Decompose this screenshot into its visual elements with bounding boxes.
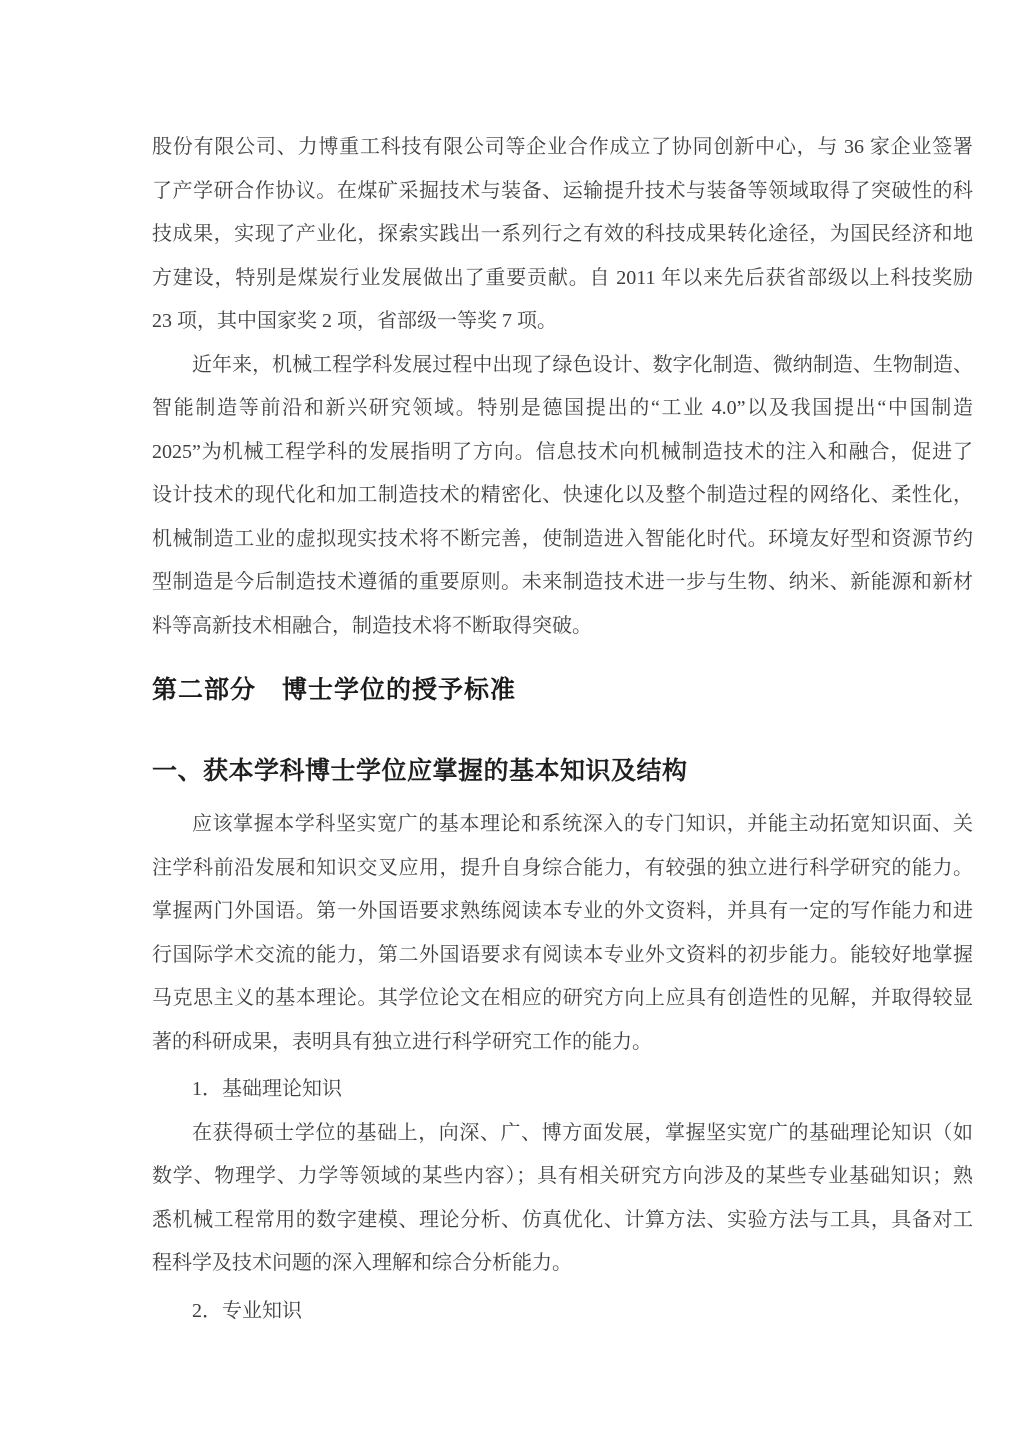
text-line: 注学科前沿发展和知识交叉应用，提升自身综合能力，有较强的独立进行科学研究的能力。 bbox=[152, 847, 973, 891]
paragraph: 在获得硕士学位的基础上，向深、广、博方面发展，掌握坚实宽广的基础理论知识（如数学… bbox=[152, 1112, 973, 1286]
text-line: 23 项，其中国家奖 2 项，省部级一等奖 7 项。 bbox=[152, 300, 973, 344]
section-heading: 一、获本学科博士学位应掌握的基本知识及结构 bbox=[152, 750, 973, 794]
text-line: 智能制造等前沿和新兴研究领域。特别是德国提出的“工业 4.0”以及我国提出“中国… bbox=[152, 387, 973, 431]
text-line: 方建设，特别是煤炭行业发展做出了重要贡献。自 2011 年以来先后获省部级以上科… bbox=[152, 257, 973, 301]
text-line: 数学、物理学、力学等领域的某些内容）；具有相关研究方向涉及的某些专业基础知识；熟 bbox=[152, 1155, 973, 1199]
text-line: 技成果，实现了产业化，探索实践出一系列行之有效的科技成果转化途径，为国民经济和地 bbox=[152, 213, 973, 257]
text-line: 设计技术的现代化和加工制造技术的精密化、快速化以及整个制造过程的网络化、柔性化， bbox=[152, 474, 973, 518]
text-line: 掌握两门外国语。第一外国语要求熟练阅读本专业的外文资料，并具有一定的写作能力和进 bbox=[152, 890, 973, 934]
text-line: 股份有限公司、力博重工科技有限公司等企业合作成立了协同创新中心，与 36 家企业… bbox=[152, 126, 973, 170]
document-content: 股份有限公司、力博重工科技有限公司等企业合作成立了协同创新中心，与 36 家企业… bbox=[152, 126, 973, 1333]
text-line: 机械制造工业的虚拟现实技术将不断完善，使制造进入智能化时代。环境友好型和资源节约 bbox=[152, 518, 973, 562]
text-line: 了产学研合作协议。在煤矿采掘技术与装备、运输提升技术与装备等领域取得了突破性的科 bbox=[152, 170, 973, 214]
text-line: 料等高新技术相融合，制造技术将不断取得突破。 bbox=[152, 605, 973, 649]
paragraph: 近年来，机械工程学科发展过程中出现了绿色设计、数字化制造、微纳制造、生物制造、智… bbox=[152, 344, 973, 649]
list-item: 2．专业知识 bbox=[152, 1290, 973, 1334]
text-line: 近年来，机械工程学科发展过程中出现了绿色设计、数字化制造、微纳制造、生物制造、 bbox=[152, 344, 973, 388]
text-line: 行国际学术交流的能力，第二外国语要求有阅读本专业外文资料的初步能力。能较好地掌握 bbox=[152, 934, 973, 978]
paragraph: 股份有限公司、力博重工科技有限公司等企业合作成立了协同创新中心，与 36 家企业… bbox=[152, 126, 973, 344]
text-line: 程科学及技术问题的深入理解和综合分析能力。 bbox=[152, 1242, 973, 1286]
paragraph: 应该掌握本学科坚实宽广的基本理论和系统深入的专门知识，并能主动拓宽知识面、关注学… bbox=[152, 803, 973, 1064]
text-line: 型制造是今后制造技术遵循的重要原则。未来制造技术进一步与生物、纳米、新能源和新材 bbox=[152, 561, 973, 605]
document-page: 股份有限公司、力博重工科技有限公司等企业合作成立了协同创新中心，与 36 家企业… bbox=[0, 0, 1024, 1448]
text-line: 著的科研成果，表明具有独立进行科学研究工作的能力。 bbox=[152, 1021, 973, 1065]
text-line: 2025”为机械工程学科的发展指明了方向。信息技术向机械制造技术的注入和融合，促… bbox=[152, 431, 973, 475]
list-item: 1．基础理论知识 bbox=[152, 1068, 973, 1112]
text-line: 马克思主义的基本理论。其学位论文在相应的研究方向上应具有创造性的见解，并取得较显 bbox=[152, 977, 973, 1021]
text-line: 悉机械工程常用的数字建模、理论分析、仿真优化、计算方法、实验方法与工具，具备对工 bbox=[152, 1199, 973, 1243]
text-line: 应该掌握本学科坚实宽广的基本理论和系统深入的专门知识，并能主动拓宽知识面、关 bbox=[152, 803, 973, 847]
text-line: 在获得硕士学位的基础上，向深、广、博方面发展，掌握坚实宽广的基础理论知识（如 bbox=[152, 1112, 973, 1156]
part-heading: 第二部分 博士学位的授予标准 bbox=[152, 668, 973, 712]
